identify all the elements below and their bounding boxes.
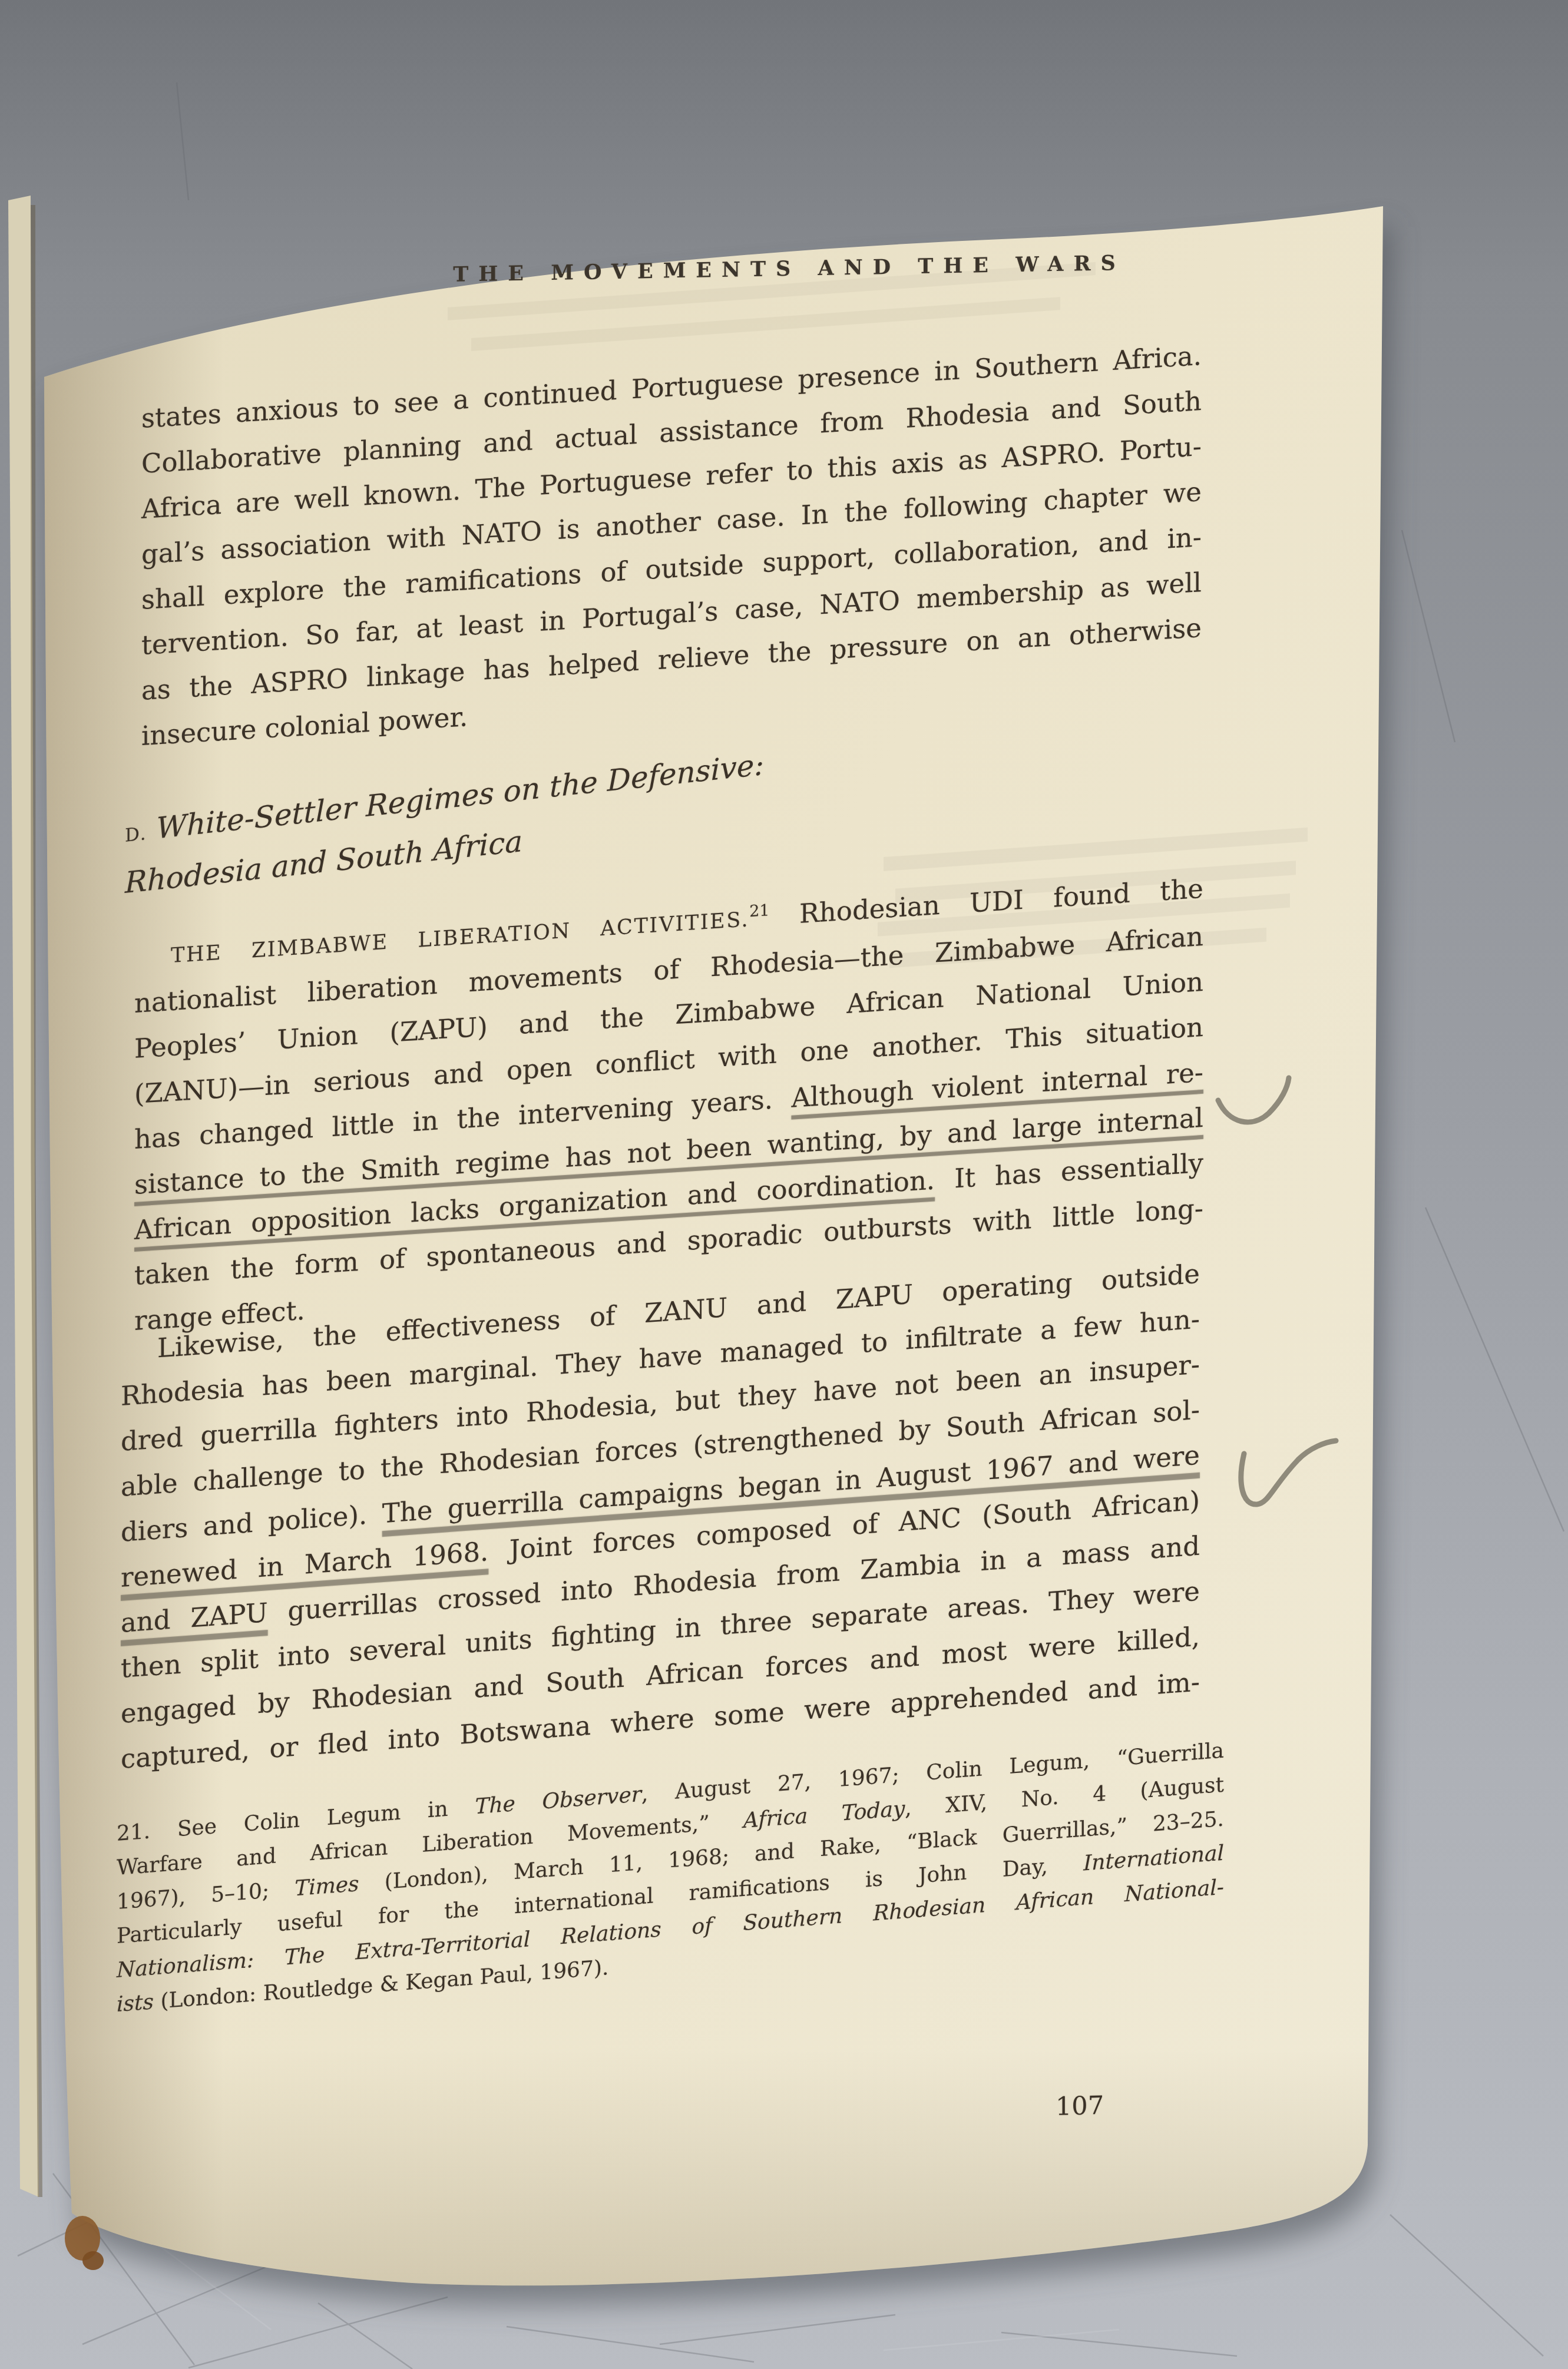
book-photo: THE MOVEMENTS AND THE WARS states anxiou…: [0, 0, 1568, 2369]
page-number: 107: [1056, 2091, 1104, 2122]
paragraph-3: Likewise, the effectiveness of ZANU and …: [121, 1251, 1200, 1782]
section-label: D.: [125, 823, 147, 846]
pencil-underlined-text: and ZAPU: [121, 1597, 268, 1639]
paragraph-1: states anxious to see a continued Portug…: [141, 333, 1202, 759]
footnote-reference: 21: [749, 901, 769, 921]
page-bottom-shading: [35, 2050, 1384, 2297]
